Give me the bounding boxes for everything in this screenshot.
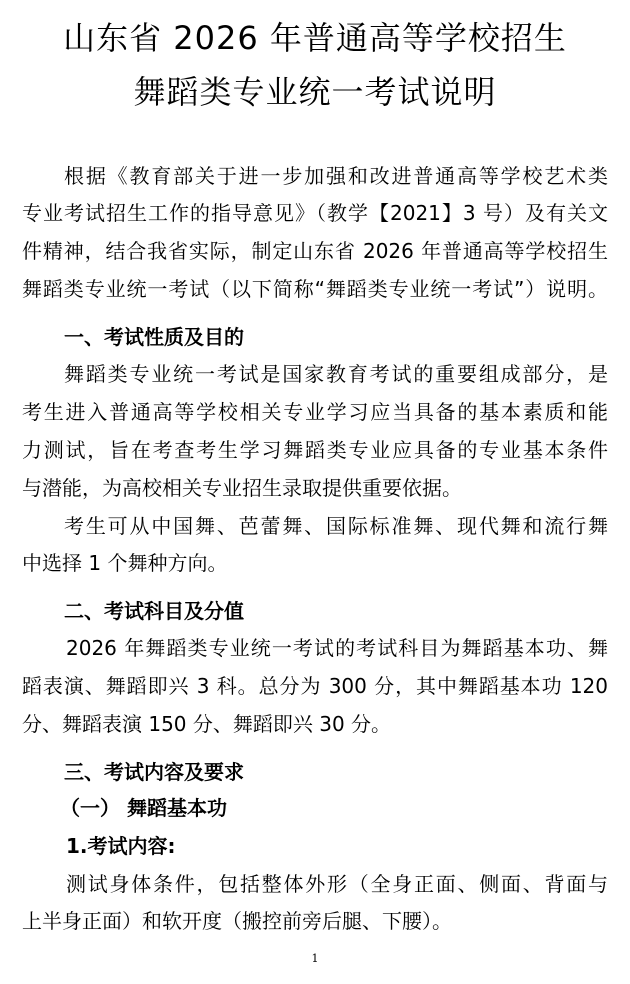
section-3-heading: 三、考试内容及要求 xyxy=(64,757,244,787)
intro-line-1: 根据《教育部关于进一步加强和改进普通高等学校艺术类 xyxy=(64,161,608,191)
section-2-heading: 二、考试科目及分值 xyxy=(64,596,244,626)
intro-line-3: 件精神，结合我省实际，制定山东省 2026 年普通高等学校招生 xyxy=(22,236,608,266)
page-number: 1 xyxy=(0,952,630,966)
section-2-para-line-3: 分、舞蹈表演 150 分、舞蹈即兴 30 分。 xyxy=(22,709,608,739)
section-2-para-line-1: 2026 年舞蹈类专业统一考试的考试科目为舞蹈基本功、舞 xyxy=(66,633,608,663)
section-1-para1-line-3: 力测试，旨在考查考生学习舞蹈类专业应具备的专业基本条件 xyxy=(22,435,608,465)
section-2-para-line-2: 蹈表演、舞蹈即兴 3 科。总分为 300 分，其中舞蹈基本功 120 xyxy=(22,671,608,701)
intro-line-2: 专业考试招生工作的指导意见》（教学【2021】3 号）及有关文 xyxy=(22,198,608,228)
section-3-item-1-heading: 1.考试内容: xyxy=(66,831,176,861)
section-1-para2-line-2: 中选择 1 个舞种方向。 xyxy=(22,548,608,578)
section-3-item-1-para-line-1: 测试身体条件，包括整体外形（全身正面、侧面、背面与 xyxy=(66,869,608,899)
document-title-line-1: 山东省 2026 年普通高等学校招生 xyxy=(0,18,630,58)
document-title-line-2: 舞蹈类专业统一考试说明 xyxy=(0,72,630,112)
section-1-para1-line-2: 考生进入普通高等学校相关专业学习应当具备的基本素质和能 xyxy=(22,397,608,427)
document-page: 山东省 2026 年普通高等学校招生 舞蹈类专业统一考试说明 根据《教育部关于进… xyxy=(0,0,630,984)
section-3-item-1-para-line-2: 上半身正面）和软开度（搬控前旁后腿、下腰）。 xyxy=(22,906,608,936)
section-1-para1-line-4: 与潜能，为高校相关专业招生录取提供重要依据。 xyxy=(22,473,608,503)
section-3-subsection-1-heading: （一） 舞蹈基本功 xyxy=(60,793,227,823)
section-1-para2-line-1: 考生可从中国舞、芭蕾舞、国际标准舞、现代舞和流行舞 xyxy=(64,511,608,541)
intro-line-4: 舞蹈类专业统一考试（以下简称“舞蹈类专业统一考试”）说明。 xyxy=(22,274,608,304)
section-1-heading: 一、考试性质及目的 xyxy=(64,322,244,352)
section-1-para1-line-1: 舞蹈类专业统一考试是国家教育考试的重要组成部分，是 xyxy=(64,359,608,389)
